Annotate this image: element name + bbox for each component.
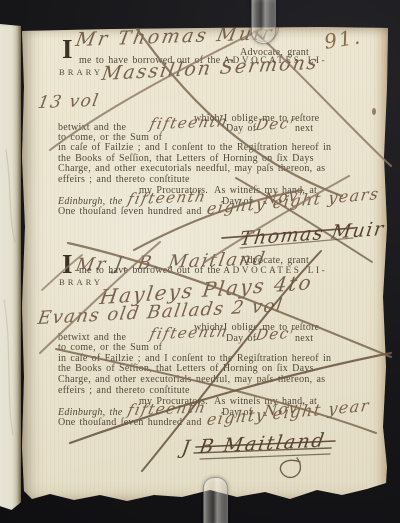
entry2-brary: BRARY bbox=[59, 277, 103, 287]
conservation-strip-top bbox=[251, 0, 276, 44]
entry2-day-of: Day of bbox=[226, 333, 256, 344]
entry2-return-month: Decʳ bbox=[254, 324, 298, 344]
entry2-return-day: fifteenth bbox=[148, 322, 230, 343]
entry1-year-printed: One thouſand ſeven hundred and bbox=[58, 206, 202, 217]
entry1-signature: Thomas Muir bbox=[238, 218, 386, 250]
page-number: 91. bbox=[322, 24, 363, 54]
entry2-session-line: the Books of Seſſion, that Letters of Ho… bbox=[58, 363, 314, 374]
entry1-return-day: fifteenth bbox=[148, 112, 230, 133]
entry2-next: next bbox=[295, 333, 313, 344]
entry1-charge-line: Charge, and other executorials needful, … bbox=[58, 163, 325, 174]
entry2-borrowed-pre: me to have borrowed out of the bbox=[79, 265, 220, 276]
entry1-failzie-line: in caſe of Failzie ; and I conſent to th… bbox=[58, 142, 331, 153]
entry1-initial: I bbox=[62, 36, 73, 63]
ink-fleck bbox=[372, 108, 376, 115]
entry2-charge-line: Charge, and other executorials needful, … bbox=[58, 374, 325, 385]
register-page: 91. I Mr Thomas Muir Advocate, grant me … bbox=[22, 27, 388, 505]
entry1-brary: BRARY bbox=[59, 67, 103, 77]
entry2-sum-line: to come, or the Sum of bbox=[58, 342, 162, 353]
entry1-return-month: Decʳ bbox=[254, 114, 298, 134]
entry2-initial: I bbox=[62, 251, 73, 278]
entry1-book-volumes: 13 vol bbox=[36, 91, 101, 113]
entry2-effeirs-line: effeirs ; and thereto conſtitute bbox=[58, 385, 190, 396]
entry1-next: next bbox=[295, 123, 313, 134]
entry1-day-of: Day of bbox=[226, 123, 256, 134]
conservation-strip-bottom bbox=[203, 477, 228, 523]
facing-page-edge bbox=[0, 24, 21, 510]
entry1-signed-day: fifteenth bbox=[126, 187, 208, 208]
library-register-photo: 91. I Mr Thomas Muir Advocate, grant me … bbox=[0, 0, 400, 523]
entry2-signed-day: fifteenth bbox=[126, 398, 208, 419]
entry1-effeirs-line: effeirs ; and thereto conſtitute bbox=[58, 174, 190, 185]
entry2-signature: J B Maitland bbox=[180, 429, 327, 459]
entry2-year-printed: One thouſand ſeven hundred and bbox=[58, 417, 202, 428]
